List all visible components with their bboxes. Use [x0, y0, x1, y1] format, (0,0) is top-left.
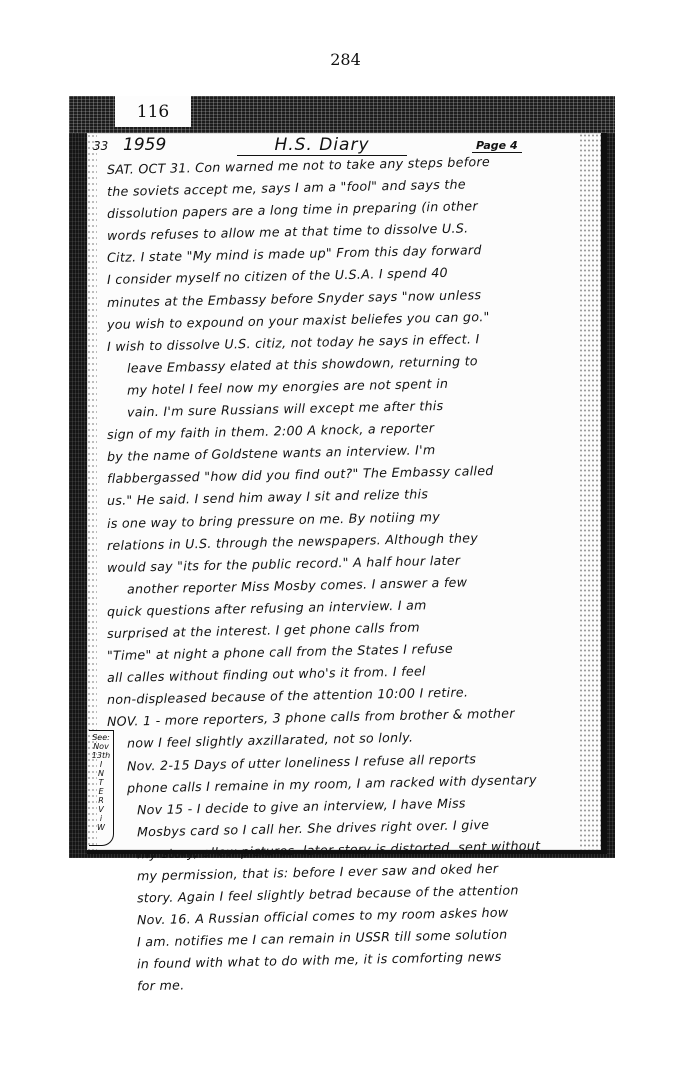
page-number: 284 [0, 50, 691, 69]
margin-note-line: N [89, 769, 113, 778]
margin-note-line: T [89, 778, 113, 787]
diary-page: 33 1959 H.S. Diary Page 4 SAT. OCT 31. C… [87, 133, 607, 854]
margin-note-line: V [89, 805, 113, 814]
exhibit-label: 116 [115, 96, 191, 127]
margin-note-line: Nov [89, 742, 113, 751]
margin-note-line: E [89, 787, 113, 796]
diary-year: 1959 [123, 135, 166, 155]
margin-note-line: See: [89, 733, 113, 742]
margin-note-line: R [89, 796, 113, 805]
corner-mark: 33 [93, 139, 108, 153]
margin-note-line: W [89, 823, 113, 832]
diary-text: SAT. OCT 31. Con warned me not to take a… [107, 159, 595, 999]
scanned-diary-photo: 116 33 1959 H.S. Diary Page 4 SAT. OCT 3… [69, 96, 615, 858]
margin-note-line: i [89, 814, 113, 823]
margin-annotation-see-nov-13th-interview: See: Nov 13th I N T E R V i W [89, 730, 114, 846]
margin-note-line: I [89, 760, 113, 769]
margin-note-line: 13th [89, 751, 113, 760]
